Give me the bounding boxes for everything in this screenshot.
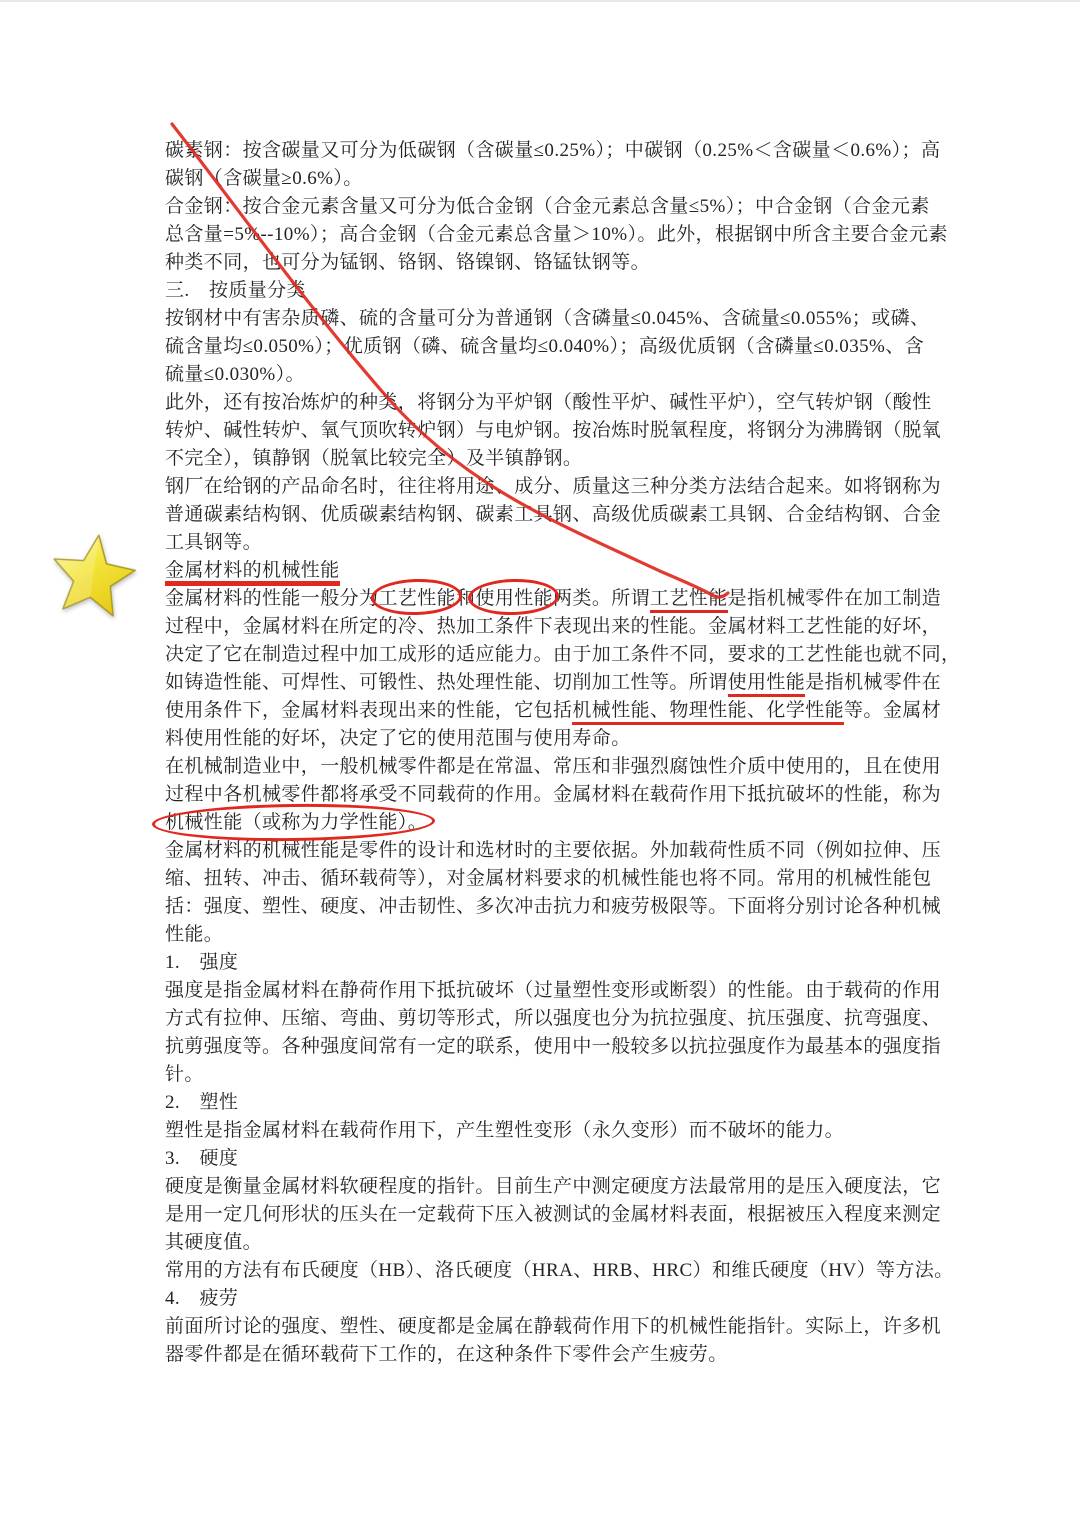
text-segment: 过程中，金属材料在所定的冷、热加工条件下表现出来的性能。金属材料工艺性能的好坏， [165, 616, 941, 637]
text-line: 过程中，金属材料在所定的冷、热加工条件下表现出来的性能。金属材料工艺性能的好坏， [165, 613, 965, 641]
text-segment: 工具钢等。 [165, 532, 262, 553]
text-line: 1. 强度 [165, 949, 965, 977]
text-line: 3. 硬度 [165, 1145, 965, 1173]
text-segment: 常用的方法有布氏硬度（HB）、洛氏硬度（HRA、HRB、HRC）和维氏硬度（HV… [165, 1260, 954, 1281]
text-line: 常用的方法有布氏硬度（HB）、洛氏硬度（HRA、HRB、HRC）和维氏硬度（HV… [165, 1257, 965, 1285]
text-segment: 决定了它在制造过程中加工成形的适应能力。由于加工条件不同，要求的工艺性能也就不同… [165, 644, 960, 665]
text-segment: 此外，还有按冶炼炉的种类，将钢分为平炉钢（酸性平炉、碱性平炉），空气转炉钢（酸性 [165, 392, 932, 413]
red-underline-annotation: 工艺性能 [650, 588, 728, 613]
text-segment: 不完全），镇静钢（脱氧比较完全）及半镇静钢。 [165, 448, 582, 469]
text-line: 金属材料的性能一般分为工艺性能和使用性能两类。所谓工艺性能是指机械零件在加工制造 [165, 585, 965, 613]
text-line: 其硬度值。 [165, 1229, 965, 1257]
text-line: 塑性是指金属材料在载荷作用下，产生塑性变形（永久变形）而不破坏的能力。 [165, 1117, 965, 1145]
text-line: 硫量≤0.030%）。 [165, 361, 965, 389]
text-line: 强度是指金属材料在静荷作用下抵抗破坏（过量塑性变形或断裂）的性能。由于载荷的作用 [165, 977, 965, 1005]
text-line: 过程中各机械零件都将承受不同载荷的作用。金属材料在载荷作用下抵抗破坏的性能，称为 [165, 781, 965, 809]
text-segment: 硫量≤0.030%）。 [165, 364, 305, 385]
text-line: 金属材料的机械性能 [165, 557, 965, 585]
text-segment: 是指机械零件在 [805, 672, 941, 693]
text-segment: 料使用性能的好坏，决定了它的使用范围与使用寿命。 [165, 728, 631, 749]
text-line: 转炉、碱性转炉、氧气顶吹转炉钢）与电炉钢。按冶炼时脱氧程度，将钢分为沸腾钢（脱氧 [165, 417, 965, 445]
text-line: 三. 按质量分类 [165, 277, 965, 305]
text-segment: 等。金属材 [844, 700, 941, 721]
text-segment: 和 [456, 588, 475, 609]
text-segment: 总含量=5%--10%）；高合金钢（合金元素总含量＞10%）。此外，根据钢中所含… [165, 224, 948, 245]
text-line: 2. 塑性 [165, 1089, 965, 1117]
text-line: 不完全），镇静钢（脱氧比较完全）及半镇静钢。 [165, 445, 965, 473]
text-segment: 碳钢（含碳量≥0.6%）。 [165, 168, 363, 189]
text-line: 方式有拉伸、压缩、弯曲、剪切等形式，所以强度也分为抗拉强度、抗压强度、抗弯强度、 [165, 1005, 965, 1033]
text-segment: 方式有拉伸、压缩、弯曲、剪切等形式，所以强度也分为抗拉强度、抗压强度、抗弯强度、 [165, 1008, 941, 1029]
text-segment: 1. 强度 [165, 952, 238, 973]
red-circle-annotation: 工艺性能 [378, 585, 456, 613]
text-segment: 如铸造性能、可焊性、可锻性、热处理性能、切削加工性等。所谓 [165, 672, 728, 693]
text-segment: 器零件都是在循环载荷下工作的，在这种条件下零件会产生疲劳。 [165, 1344, 728, 1365]
text-segment: 在机械制造业中，一般机械零件都是在常温、常压和非强烈腐蚀性介质中使用的，且在使用 [165, 756, 941, 777]
text-line: 针。 [165, 1061, 965, 1089]
text-segment: 三. 按质量分类 [165, 280, 306, 301]
text-line: 使用条件下，金属材料表现出来的性能，它包括机械性能、物理性能、化学性能等。金属材 [165, 697, 965, 725]
text-line: 工具钢等。 [165, 529, 965, 557]
text-segment: 过程中各机械零件都将承受不同载荷的作用。金属材料在载荷作用下抵抗破坏的性能，称为 [165, 784, 941, 805]
text-segment: 强度是指金属材料在静荷作用下抵抗破坏（过量塑性变形或断裂）的性能。由于载荷的作用 [165, 980, 941, 1001]
text-line: 括：强度、塑性、硬度、冲击韧性、多次冲击抗力和疲劳极限等。下面将分别讨论各种机械 [165, 893, 965, 921]
red-circle-annotation: 使用性能 [475, 585, 553, 613]
text-segment: 其硬度值。 [165, 1232, 262, 1253]
text-line: 决定了它在制造过程中加工成形的适应能力。由于加工条件不同，要求的工艺性能也就不同… [165, 641, 965, 669]
red-underline-annotation: 使用性能 [728, 672, 806, 697]
text-line: 在机械制造业中，一般机械零件都是在常温、常压和非强烈腐蚀性介质中使用的，且在使用 [165, 753, 965, 781]
text-segment: 是用一定几何形状的压头在一定载荷下压入被测试的金属材料表面，根据被压入程度来测定 [165, 1204, 941, 1225]
text-line: 硫含量均≤0.050%）；优质钢（磷、硫含量均≤0.040%）；高级优质钢（含磷… [165, 333, 965, 361]
text-segment: 硫含量均≤0.050%）；优质钢（磷、硫含量均≤0.040%）；高级优质钢（含磷… [165, 336, 924, 357]
text-line: 种类不同，也可分为锰钢、铬钢、铬镍钢、铬锰钛钢等。 [165, 249, 965, 277]
text-line: 普通碳素结构钢、优质碳素结构钢、碳素工具钢、高级优质碳素工具钢、合金结构钢、合金 [165, 501, 965, 529]
text-segment: 抗剪强度等。各种强度间常有一定的联系，使用中一般较多以抗拉强度作为最基本的强度指 [165, 1036, 941, 1057]
text-segment: 3. 硬度 [165, 1148, 238, 1169]
text-line: 硬度是衡量金属材料软硬程度的指针。目前生产中测定硬度方法最常用的是压入硬度法，它 [165, 1173, 965, 1201]
text-line: 合金钢：按合金元素含量又可分为低合金钢（合金元素总含量≤5%）；中合金钢（合金元… [165, 193, 965, 221]
text-segment: 使用条件下，金属材料表现出来的性能，它包括 [165, 700, 572, 721]
text-segment: 种类不同，也可分为锰钢、铬钢、铬镍钢、铬锰钛钢等。 [165, 252, 650, 273]
text-segment: 普通碳素结构钢、优质碳素结构钢、碳素工具钢、高级优质碳素工具钢、合金结构钢、合金 [165, 504, 941, 525]
text-line: 前面所讨论的强度、塑性、硬度都是金属在静载荷作用下的机械性能指针。实际上，许多机 [165, 1313, 965, 1341]
text-segment: 转炉、碱性转炉、氧气顶吹转炉钢）与电炉钢。按冶炼时脱氧程度，将钢分为沸腾钢（脱氧 [165, 420, 941, 441]
text-line: 抗剪强度等。各种强度间常有一定的联系，使用中一般较多以抗拉强度作为最基本的强度指 [165, 1033, 965, 1061]
text-line: 4. 疲劳 [165, 1285, 965, 1313]
text-line: 钢厂在给钢的产品命名时，往往将用途、成分、质量这三种分类方法结合起来。如将钢称为 [165, 473, 965, 501]
text-line: 如铸造性能、可焊性、可锻性、热处理性能、切削加工性等。所谓使用性能是指机械零件在 [165, 669, 965, 697]
text-segment: 括：强度、塑性、硬度、冲击韧性、多次冲击抗力和疲劳极限等。下面将分别讨论各种机械 [165, 896, 941, 917]
text-segment: 硬度是衡量金属材料软硬程度的指针。目前生产中测定硬度方法最常用的是压入硬度法，它 [165, 1176, 941, 1197]
text-line: 性能。 [165, 921, 965, 949]
red-circle-wide-annotation: 机械性能（或称为力学性能）。 [165, 809, 427, 837]
text-line: 总含量=5%--10%）；高合金钢（合金元素总含量＞10%）。此外，根据钢中所含… [165, 221, 965, 249]
text-segment: 合金钢：按合金元素含量又可分为低合金钢（合金元素总含量≤5%）；中合金钢（合金元… [165, 196, 930, 217]
text-segment: 4. 疲劳 [165, 1288, 238, 1309]
text-segment: 塑性是指金属材料在载荷作用下，产生塑性变形（永久变形）而不破坏的能力。 [165, 1120, 844, 1141]
text-line: 料使用性能的好坏，决定了它的使用范围与使用寿命。 [165, 725, 965, 753]
text-segment: 性能。 [165, 924, 223, 945]
text-line: 碳钢（含碳量≥0.6%）。 [165, 165, 965, 193]
text-line: 此外，还有按冶炼炉的种类，将钢分为平炉钢（酸性平炉、碱性平炉），空气转炉钢（酸性 [165, 389, 965, 417]
text-segment: 是指机械零件在加工制造 [728, 588, 941, 609]
document-body: 碳素钢：按含碳量又可分为低碳钢（含碳量≤0.25%）；中碳钢（0.25%＜含碳量… [165, 137, 965, 1369]
text-line: 机械性能（或称为力学性能）。 [165, 809, 965, 837]
text-segment: 缩、扭转、冲击、循环载荷等），对金属材料要求的机械性能也将不同。常用的机械性能包 [165, 868, 932, 889]
text-segment: 针。 [165, 1064, 204, 1085]
text-line: 碳素钢：按含碳量又可分为低碳钢（含碳量≤0.25%）；中碳钢（0.25%＜含碳量… [165, 137, 965, 165]
red-underline-annotation: 机械性能、物理性能、化学性能 [572, 700, 844, 725]
text-segment: 按钢材中有害杂质磷、硫的含量可分为普通钢（含磷量≤0.045%、含硫量≤0.05… [165, 308, 929, 329]
text-line: 是用一定几何形状的压头在一定载荷下压入被测试的金属材料表面，根据被压入程度来测定 [165, 1201, 965, 1229]
text-segment: 碳素钢：按含碳量又可分为低碳钢（含碳量≤0.25%）；中碳钢（0.25%＜含碳量… [165, 140, 940, 161]
red-underline-thick-annotation: 金属材料的机械性能 [165, 560, 340, 586]
text-segment: 金属材料的机械性能是零件的设计和选材时的主要依据。外加载荷性质不同（例如拉伸、压 [165, 840, 941, 861]
text-segment: 金属材料的性能一般分为 [165, 588, 378, 609]
text-segment: 两类。所谓 [553, 588, 650, 609]
text-line: 器零件都是在循环载荷下工作的，在这种条件下零件会产生疲劳。 [165, 1341, 965, 1369]
text-line: 金属材料的机械性能是零件的设计和选材时的主要依据。外加载荷性质不同（例如拉伸、压 [165, 837, 965, 865]
star-icon [42, 526, 146, 628]
text-segment: 钢厂在给钢的产品命名时，往往将用途、成分、质量这三种分类方法结合起来。如将钢称为 [165, 476, 941, 497]
text-line: 按钢材中有害杂质磷、硫的含量可分为普通钢（含磷量≤0.045%、含硫量≤0.05… [165, 305, 965, 333]
text-line: 缩、扭转、冲击、循环载荷等），对金属材料要求的机械性能也将不同。常用的机械性能包 [165, 865, 965, 893]
text-segment: 2. 塑性 [165, 1092, 238, 1113]
document-page: 碳素钢：按含碳量又可分为低碳钢（含碳量≤0.25%）；中碳钢（0.25%＜含碳量… [0, 0, 1080, 1530]
text-segment: 前面所讨论的强度、塑性、硬度都是金属在静载荷作用下的机械性能指针。实际上，许多机 [165, 1316, 941, 1337]
